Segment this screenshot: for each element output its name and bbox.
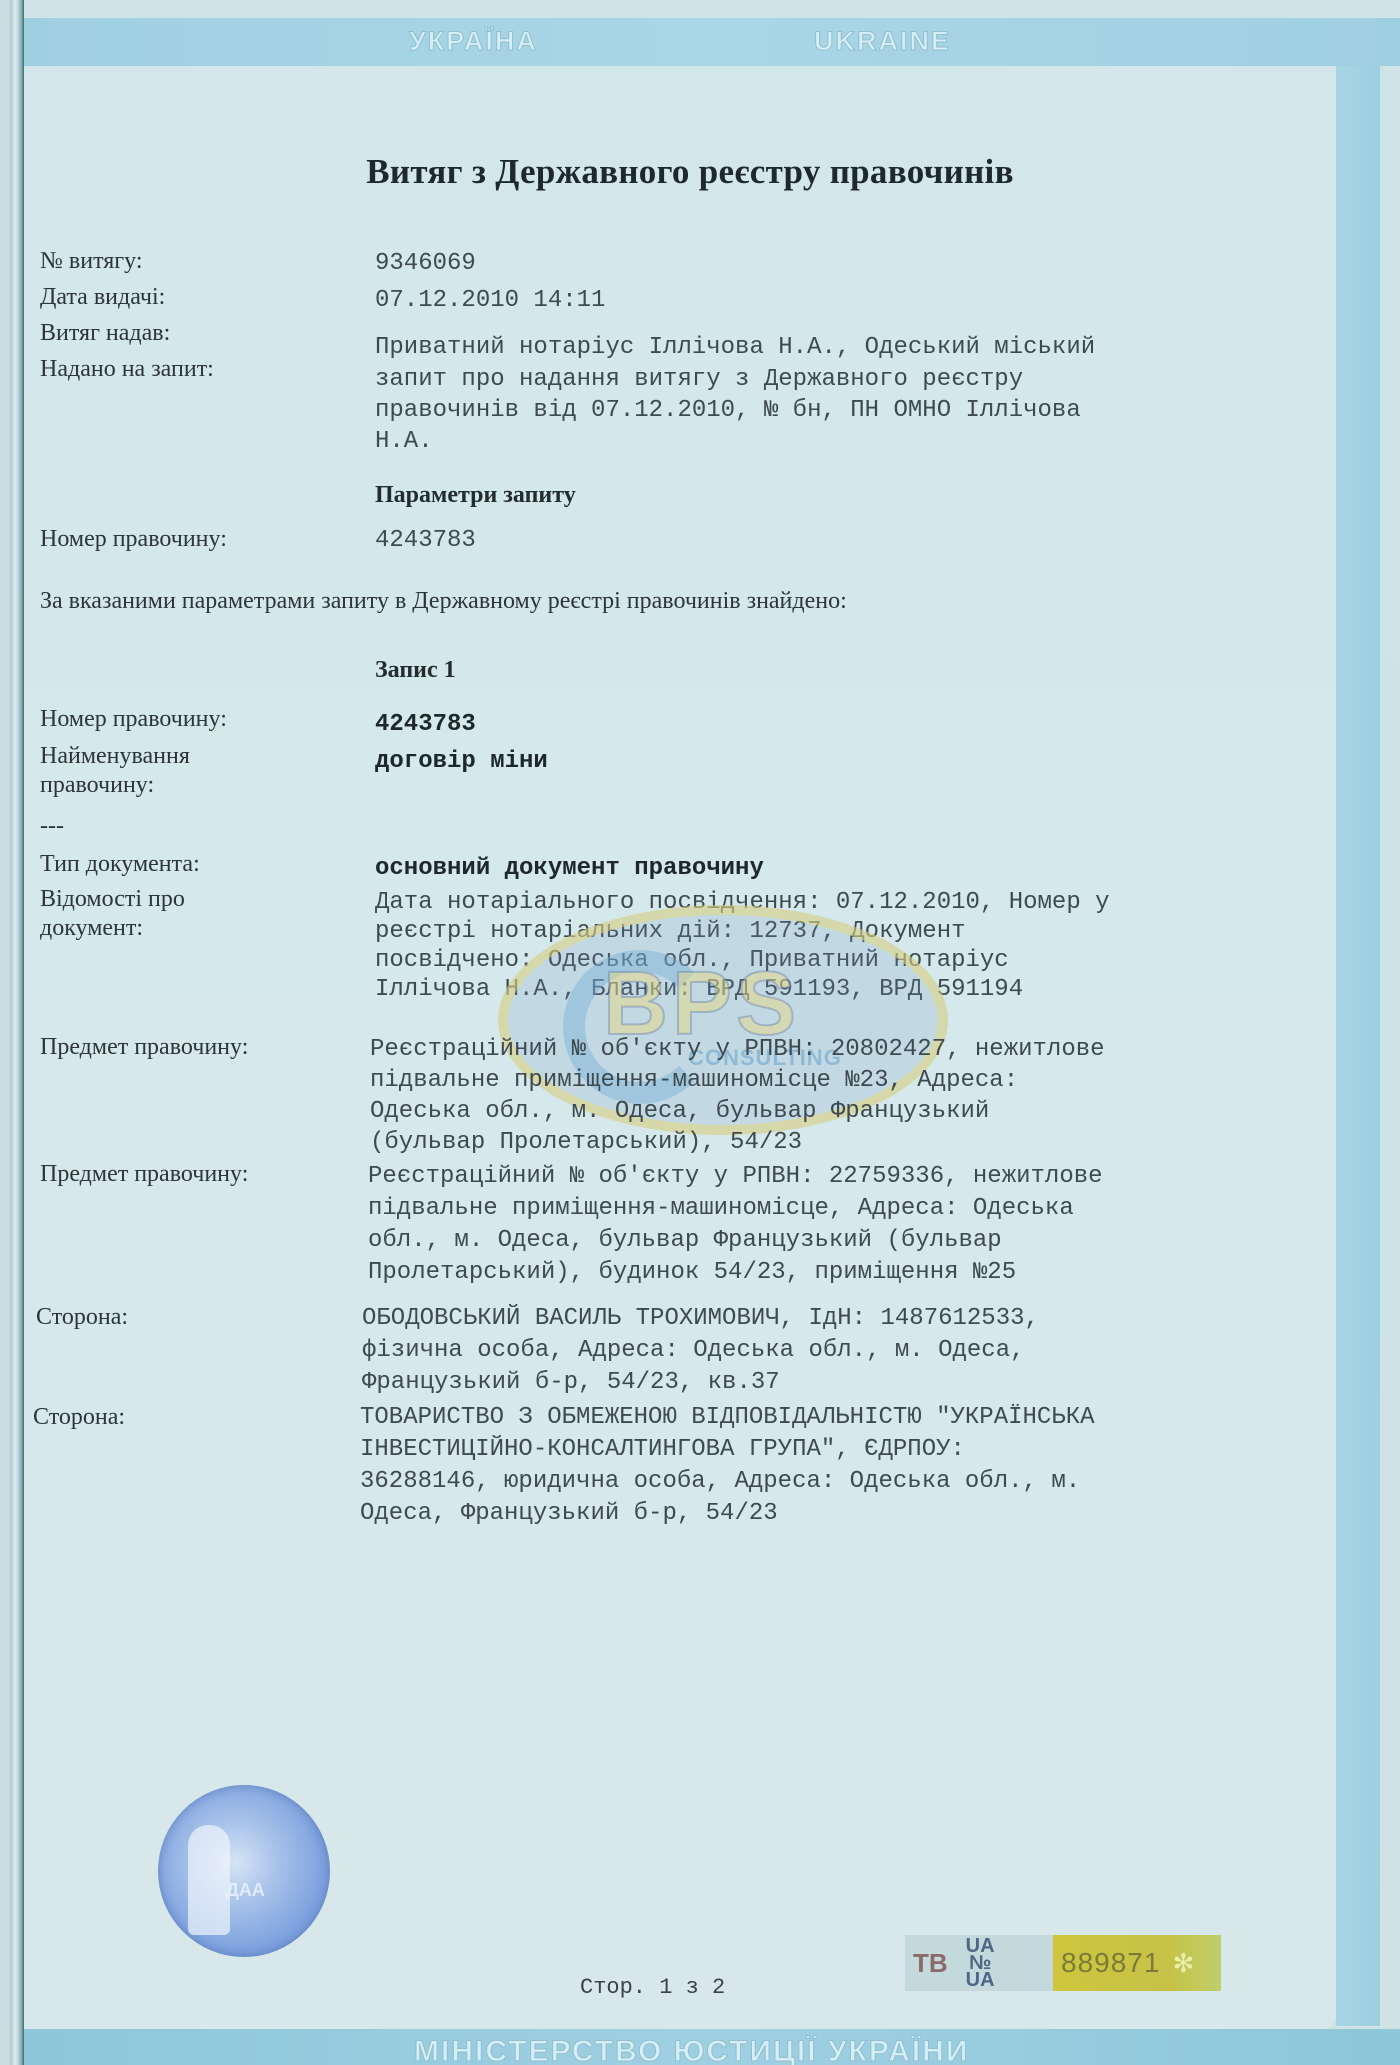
band-text-ukraine: UKRAINE (814, 26, 951, 57)
found-sentence: За вказаними параметрами запиту в Держав… (40, 588, 847, 615)
justice-hologram-icon: ДАА (158, 1785, 330, 1957)
request-label: Надано на запит: (40, 355, 214, 384)
request-value: запит про надання витягу з Державного ре… (375, 364, 1081, 457)
bottom-security-band: МІНІСТЕРСТВО ЮСТИЦІЇ УКРАЇНИ (24, 2029, 1400, 2065)
record-number-label: Номер правочину: (40, 705, 227, 734)
record-number-value: 4243783 (375, 708, 476, 741)
serial-sticker-left: ТВ UA № UA (905, 1935, 1053, 1991)
serial-country: UA № UA (966, 1938, 995, 1989)
extract-number-value: 9346069 (375, 247, 476, 280)
issued-by-value: Приватний нотаріус Іллічова Н.А., Одеськ… (375, 331, 1095, 364)
query-deal-number-label: Номер правочину: (40, 525, 227, 554)
page-indicator: Стор. 1 з 2 (580, 1975, 725, 2000)
serial-number: 889871 (1061, 1947, 1160, 1979)
serial-country-bottom: UA (966, 1969, 995, 1991)
subject-2-label: Предмет правочину: (40, 1160, 248, 1189)
right-security-band (1336, 66, 1380, 2026)
doc-info-value: Дата нотаріального посвідчення: 07.12.20… (375, 888, 1110, 1004)
deal-name-value: договір міни (375, 745, 548, 778)
issued-by-label: Витяг надав: (40, 319, 170, 348)
serial-sticker: ТВ UA № UA 889871 ✻ (905, 1935, 1221, 1991)
issue-date-label: Дата видачі: (40, 283, 165, 312)
party-2-label: Сторона: (33, 1403, 125, 1432)
issue-date-value: 07.12.2010 14:11 (375, 284, 605, 317)
party-1-value: ОБОДОВСЬКИЙ ВАСИЛЬ ТРОХИМОВИЧ, ІдН: 1487… (362, 1303, 1039, 1399)
band-text-ministry: МІНІСТЕРСТВО ЮСТИЦІЇ УКРАЇНИ (414, 2035, 969, 2065)
subject-1-label: Предмет правочину: (40, 1033, 248, 1062)
record-heading: Запис 1 (375, 657, 456, 684)
band-text-ukraina: УКРАЇНА (409, 26, 538, 57)
binding-edge (10, 0, 24, 2065)
party-1-label: Сторона: (36, 1303, 128, 1332)
query-params-heading: Параметри запиту (375, 482, 576, 509)
doc-type-label: Тип документа: (40, 850, 200, 879)
extract-number-label: № витягу: (40, 247, 142, 276)
record-separator: --- (40, 812, 64, 841)
query-deal-number-value: 4243783 (375, 524, 476, 557)
top-security-band: УКРАЇНА UKRAINE (24, 18, 1400, 66)
deal-name-label: Найменування правочину: (40, 742, 190, 800)
party-2-value: ТОВАРИСТВО З ОБМЕЖЕНОЮ ВІДПОВІДАЛЬНІСТЮ … (360, 1402, 1095, 1530)
serial-series: ТВ (913, 1948, 948, 1979)
document-title: Витяг з Державного реєстру правочинів (0, 152, 1380, 192)
doc-info-label: Відомості про документ: (40, 885, 185, 943)
hologram-figure (188, 1825, 230, 1935)
subject-1-value: Реєстраційний № об'єкту у РПВН: 20802427… (370, 1034, 1105, 1158)
serial-sticker-right: 889871 ✻ (1053, 1935, 1221, 1991)
subject-2-value: Реєстраційний № об'єкту у РПВН: 22759336… (368, 1161, 1103, 1289)
doc-type-value: основний документ правочину (375, 852, 764, 885)
hologram-label: ДАА (226, 1880, 265, 1901)
trident-hologram-icon: ✻ (1172, 1948, 1194, 1979)
